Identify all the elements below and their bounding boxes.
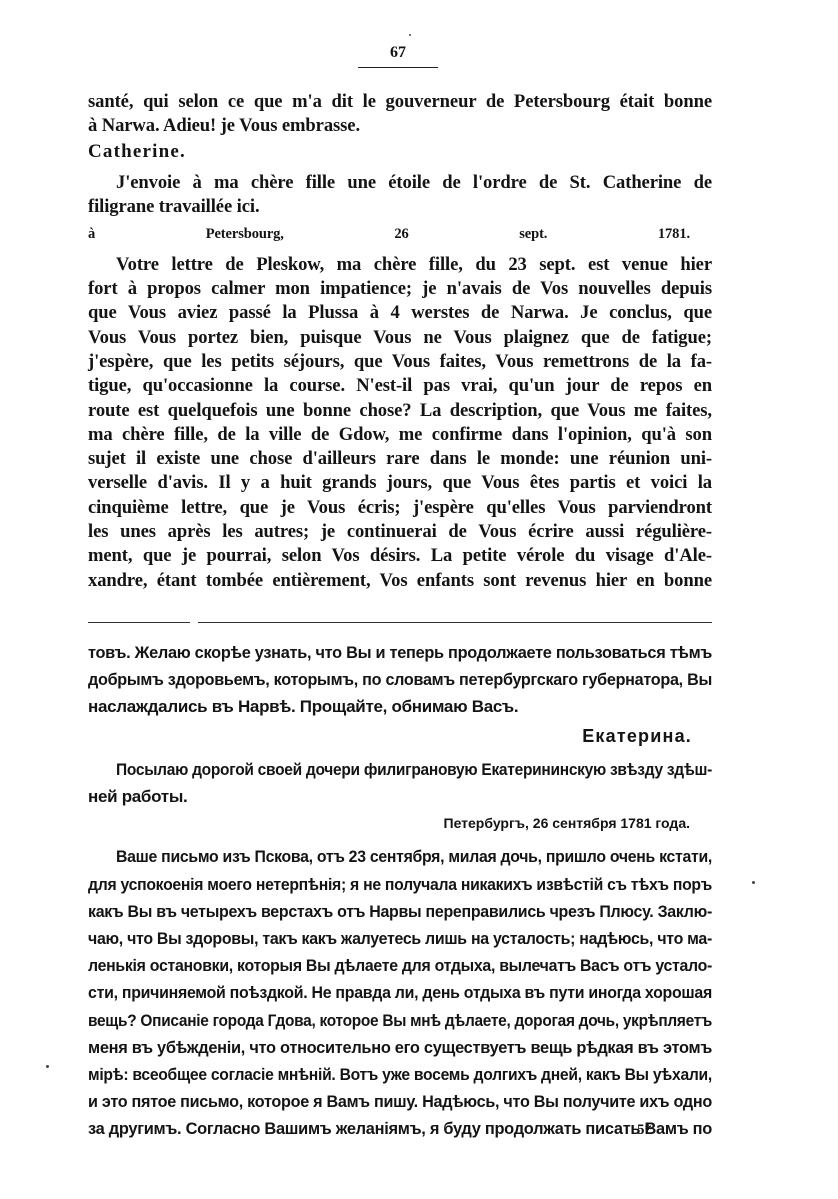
text-line: que Vous aviez passé la Plussa à 4 werst…: [88, 301, 712, 325]
text-line: tigue, qu'occasionne la course. N'est-il…: [88, 374, 712, 398]
text-line: ma chère fille, de la ville de Gdow, me …: [88, 423, 712, 447]
text-line: filigrane travaillée ici.: [88, 195, 712, 219]
french-signature: Catherine.: [88, 140, 692, 164]
text-line: наслаждались въ Нарвѣ. Прощайте, обнимаю…: [88, 693, 712, 720]
russian-text: товъ. Желаю скорѣе узнать, что Вы и тепе…: [88, 639, 712, 1143]
page-number-rule: [358, 67, 438, 68]
text-line: ment, que je pourrai, selon Vos désirs. …: [88, 544, 712, 568]
text-line: меня въ убѣжденіи, что относительно его …: [88, 1034, 712, 1061]
text-line: Ваше письмо изъ Пскова, отъ 23 сентября,…: [88, 843, 712, 870]
text-line: за другимъ. Согласно Вашимъ желаніямъ, я…: [88, 1115, 712, 1142]
text-line: ленькія остановки, которыя Вы дѣлаете дл…: [88, 952, 712, 979]
russian-signature: Екатерина.: [88, 723, 692, 750]
text-line: Votre lettre de Pleskow, ma chère fille,…: [88, 253, 712, 277]
text-line: сти, причиняемой поѣздкой. Не правда ли,…: [88, 979, 712, 1006]
text-line: route est quelquefois une bonne chose? L…: [88, 399, 712, 423]
text-line: вещь? Описаніе города Гдова, которое Вы …: [88, 1007, 712, 1034]
text-line: les unes après les autres; je continuera…: [88, 520, 712, 544]
french-text: santé, qui selon ce que m'a dit le gouve…: [88, 90, 712, 593]
text-line: xandre, étant tombée entièrement, Vos en…: [88, 569, 712, 593]
text-line: cinquième lettre, que je Vous écris; j'e…: [88, 496, 712, 520]
signature-mark: 5*: [637, 1122, 652, 1139]
scan-speck: [409, 34, 411, 36]
scan-speck: [46, 1065, 49, 1068]
text-line: для успокоенія моего нетерпѣнія; я не по…: [88, 871, 712, 898]
section-separator: [88, 622, 712, 623]
text-line: fort à propos calmer mon impatience; je …: [88, 277, 712, 301]
text-line: и это пятое письмо, которое я Вамъ пишу.…: [88, 1088, 712, 1115]
page-number: 67: [358, 44, 438, 62]
french-dateline: à Petersbourg, 26 sept. 1781.: [88, 222, 690, 246]
text-line: товъ. Желаю скорѣе узнать, что Вы и тепе…: [88, 639, 712, 666]
text-line: мірѣ: всеобщее согласіе мнѣній. Вотъ уже…: [88, 1061, 712, 1088]
russian-dateline: Петербургъ, 26 сентября 1781 года.: [88, 810, 690, 837]
text-line: чаю, что Вы здоровы, такъ какъ жалуетесь…: [88, 925, 712, 952]
text-line: verselle d'avis. Il y a huit grands jour…: [88, 471, 712, 495]
text-line: sujet il existe une chose d'ailleurs rar…: [88, 447, 712, 471]
scan-speck: [752, 881, 755, 884]
text-line: santé, qui selon ce que m'a dit le gouve…: [88, 90, 712, 114]
text-line: какъ Вы въ четырехъ верстахъ отъ Нарвы п…: [88, 898, 712, 925]
text-line: Посылаю дорогой своей дочери филигранову…: [88, 756, 712, 783]
text-line: ней работы.: [88, 783, 712, 810]
text-line: добрымъ здоровьемъ, которымъ, по словамъ…: [88, 666, 712, 693]
text-line: Vous Vous portez bien, puisque Vous ne V…: [88, 326, 712, 350]
text-line: J'envoie à ma chère fille une étoile de …: [88, 171, 712, 195]
text-line: à Narwa. Adieu! je Vous embrasse.: [88, 114, 712, 138]
text-line: j'espère, que les petits séjours, que Vo…: [88, 350, 712, 374]
